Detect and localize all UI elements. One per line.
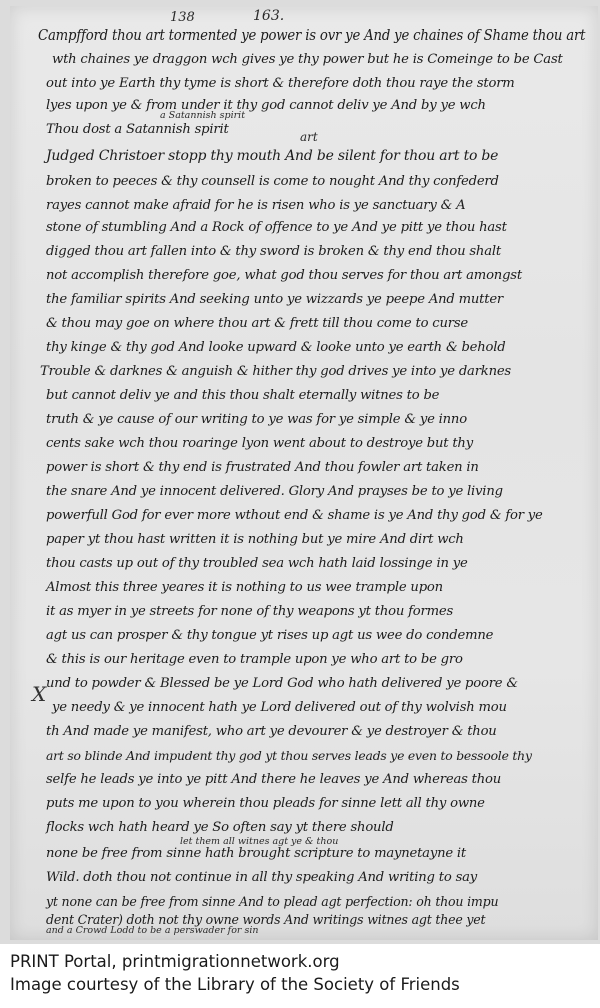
manuscript-line: the snare And ye innocent delivered. Glo… [46,484,585,499]
manuscript-line: wth chaines ye draggon wch gives ye thy … [52,52,585,67]
manuscript-line: Wild. doth thou not continue in all thy … [46,870,585,885]
manuscript-line: puts me upon to you wherein thou pleads … [46,796,585,811]
manuscript-line: ye needy & ye innocent hath ye Lord deli… [52,700,585,715]
manuscript-line: but cannot deliv ye and this thou shalt … [46,388,585,403]
manuscript-line: lyes upon ye & from under it thy god can… [46,98,585,113]
manuscript-line: cents sake wch thou roaringe lyon went a… [46,436,585,451]
manuscript-line: und to powder & Blessed be ye Lord God w… [46,676,585,691]
manuscript-line: powerfull God for ever more wthout end &… [46,508,585,523]
caption-courtesy: Image courtesy of the Library of the Soc… [10,973,460,996]
folio-number-old: 138 [170,10,195,25]
manuscript-line: flocks wch hath heard ye So often say yt… [46,820,585,835]
manuscript-line: Almost this three yeares it is nothing t… [46,580,585,595]
manuscript-line: paper yt thou hast written it is nothing… [46,532,585,547]
manuscript-line: truth & ye cause of our writing to ye wa… [46,412,585,427]
manuscript-line: Trouble & darknes & anguish & hither thy… [40,364,585,379]
manuscript-line: & thou may goe on where thou art & frett… [46,316,585,331]
manuscript-page: 138 163. Campfford thou art tormented ye… [10,6,598,940]
margin-cross-mark: X [32,682,46,706]
manuscript-line: & this is our heritage even to trample u… [46,652,585,667]
manuscript-line: out into ye Earth thy tyme is short & th… [46,76,585,91]
manuscript-line: th And made ye manifest, who art ye devo… [46,724,585,739]
interlinear-note: and a Crowd Lodd to be a perswader for s… [46,925,259,936]
folio-number: 163. [253,8,284,24]
image-credit-caption: PRINT Portal, printmigrationnetwork.org … [10,950,460,996]
manuscript-line: the familiar spirits And seeking unto ye… [46,292,585,307]
manuscript-line: Campfford thou art tormented ye power is… [38,28,538,44]
manuscript-scan: 138 163. Campfford thou art tormented ye… [0,0,600,944]
manuscript-line: agt us can prosper & thy tongue yt rises… [46,628,585,643]
manuscript-line: broken to peeces & thy counsell is come … [46,174,585,189]
manuscript-line: Judged Christoer stopp thy mouth And be … [46,148,585,164]
manuscript-line: it as myer in ye streets for none of thy… [46,604,585,619]
interlinear-note: a Satannish spirit [160,110,245,121]
manuscript-line: none be free from sinne hath brought scr… [46,846,585,861]
manuscript-line: thy kinge & thy god And looke upward & l… [46,340,585,355]
manuscript-line: not accomplish therefore goe, what god t… [46,268,585,283]
manuscript-line: power is short & thy end is frustrated A… [46,460,585,475]
manuscript-line: yt none can be free from sinne And to pl… [46,894,585,909]
manuscript-line: digged thou art fallen into & thy sword … [46,244,585,259]
manuscript-line: stone of stumbling And a Rock of offence… [46,220,585,235]
manuscript-line: selfe he leads ye into ye pitt And there… [46,772,585,787]
manuscript-line: thou casts up out of thy troubled sea wc… [46,556,585,571]
manuscript-line: art so blinde And impudent thy god yt th… [46,748,585,763]
manuscript-line: rayes cannot make afraid for he is risen… [46,198,585,213]
caption-source: PRINT Portal, printmigrationnetwork.org [10,950,460,973]
interlinear-note: art [300,130,318,144]
